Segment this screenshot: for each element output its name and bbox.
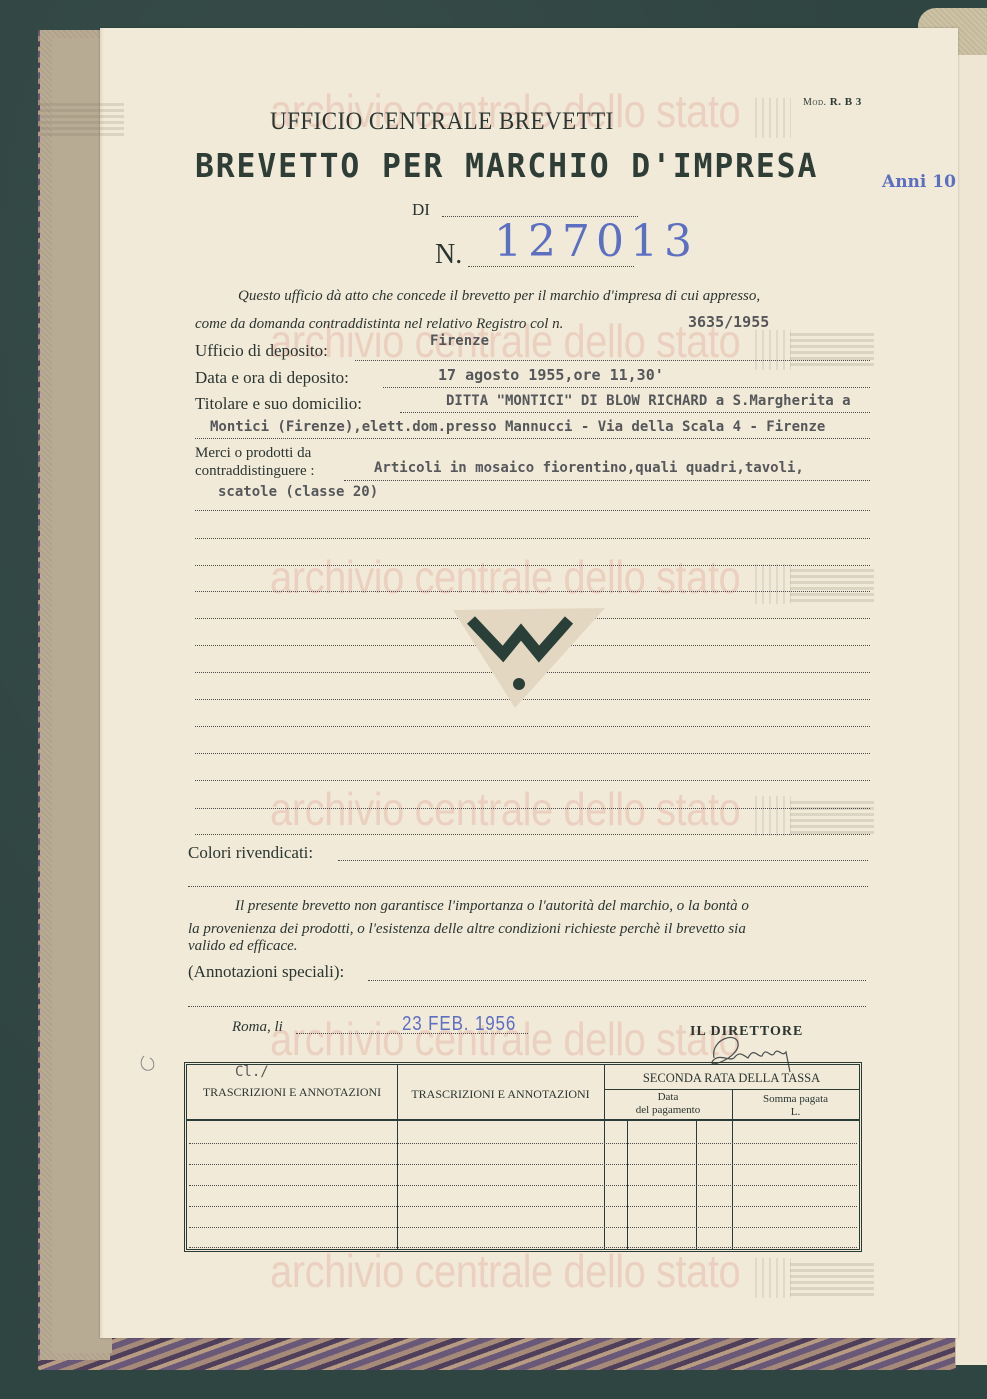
document-title: BREVETTO PER MARCHIO D'IMPRESA — [195, 146, 818, 185]
ruled-line — [188, 886, 868, 887]
goods-value-line-2: scatole (classe 20) — [218, 484, 378, 500]
ruled-line — [195, 565, 870, 566]
transcriptions-table: TRASCRIZIONI E ANNOTAZIONI TRASCRIZIONI … — [184, 1062, 862, 1252]
column-header-amount-paid: Somma pagata L. — [732, 1093, 859, 1119]
watermark-logo — [755, 98, 791, 138]
holder-line-2 — [195, 438, 870, 439]
deposit-datetime-line — [383, 387, 870, 388]
ruled-line — [195, 780, 870, 781]
annotations-label: (Annotazioni speciali): — [188, 962, 344, 982]
column-header-transcriptions-2: TRASCRIZIONI E ANNOTAZIONI — [397, 1087, 604, 1102]
duration-stamp: Anni 10 — [882, 172, 956, 192]
deposit-office-line — [355, 360, 870, 361]
next-page-edge — [955, 55, 987, 1365]
ruled-line — [195, 538, 870, 539]
disclaimer-line-3: valido ed efficace. — [188, 938, 298, 955]
watermark-text: archivio centrale dello stato — [270, 1247, 740, 1299]
intro-line-1: Questo ufficio dà atto che concede il br… — [238, 288, 760, 305]
watermark-logo — [755, 1258, 791, 1298]
goods-line-1 — [344, 480, 870, 481]
holder-line-1 — [400, 412, 870, 413]
watermark-logo — [790, 566, 874, 602]
column-header-second-tax-installment: SECONDA RATA DELLA TASSA — [604, 1071, 859, 1086]
column-header-payment-date: Data del pagamento — [604, 1091, 732, 1117]
watermark-logo — [755, 796, 791, 836]
annotations-line — [368, 980, 866, 981]
table-row — [189, 1227, 857, 1228]
column-header-transcriptions-1: TRASCRIZIONI E ANNOTAZIONI — [187, 1085, 397, 1100]
w-dot-triangle-logo — [453, 608, 605, 708]
patent-number-stamp: 127013 — [494, 216, 698, 267]
holder-value-line-2: Montici (Firenze),elett.dom.presso Mannu… — [210, 419, 825, 435]
watermark-text: archivio centrale dello stato — [270, 785, 740, 837]
intro-line-2: come da domanda contraddistinta nel rela… — [195, 316, 563, 333]
table-row — [189, 1206, 857, 1207]
deposit-datetime-label: Data e ora di deposito: — [195, 368, 349, 388]
ruled-line — [195, 834, 870, 835]
watermark-logo — [755, 564, 791, 604]
goods-line-2 — [195, 510, 870, 511]
place-label: Roma, li — [232, 1019, 283, 1036]
watermark-logo — [790, 1260, 874, 1296]
watermark-logo — [790, 798, 874, 834]
table-row — [189, 1185, 857, 1186]
ruled-line — [195, 753, 870, 754]
handwritten-circle-mark — [138, 1052, 160, 1074]
colors-line — [338, 860, 868, 861]
office-name: UFFICIO CENTRALE BREVETTI — [270, 108, 614, 136]
goods-label: Merci o prodotti da contraddistinguere : — [195, 444, 315, 480]
holder-label: Titolare e suo domicilio: — [195, 394, 362, 414]
disclaimer-line-1: Il presente brevetto non garantisce l'im… — [235, 898, 749, 915]
watermark-text: archivio centrale dello stato — [270, 553, 740, 605]
ruled-line — [195, 726, 870, 727]
table-row — [189, 1247, 857, 1248]
goods-value-line-1: Articoli in mosaico fiorentino,quali qua… — [374, 460, 804, 476]
deposit-office-label: Ufficio di deposito: — [195, 341, 328, 361]
form-model-code: Mod. R. B 3 — [803, 96, 862, 108]
deposit-datetime-value: 17 agosto 1955,ore 11,30' — [438, 366, 664, 384]
table-row — [189, 1143, 857, 1144]
watermark-logo — [755, 330, 791, 370]
colors-label: Colori rivendicati: — [188, 843, 313, 863]
deposit-office-value: Firenze — [430, 333, 489, 349]
holder-value-line-1: DITTA "MONTICI" DI BLOW RICHARD a S.Marg… — [446, 393, 851, 409]
number-label: N. — [435, 239, 462, 271]
table-row — [189, 1164, 857, 1165]
ruled-line — [188, 1006, 866, 1007]
date-stamp: 23 FEB. 1956 — [402, 1013, 516, 1036]
di-label: DI — [412, 200, 430, 220]
disclaimer-line-2: la provenienza dei prodotti, o l'esisten… — [188, 921, 746, 938]
register-number: 3635/1955 — [688, 313, 769, 331]
ruled-line — [195, 591, 870, 592]
ruled-line — [195, 808, 870, 809]
